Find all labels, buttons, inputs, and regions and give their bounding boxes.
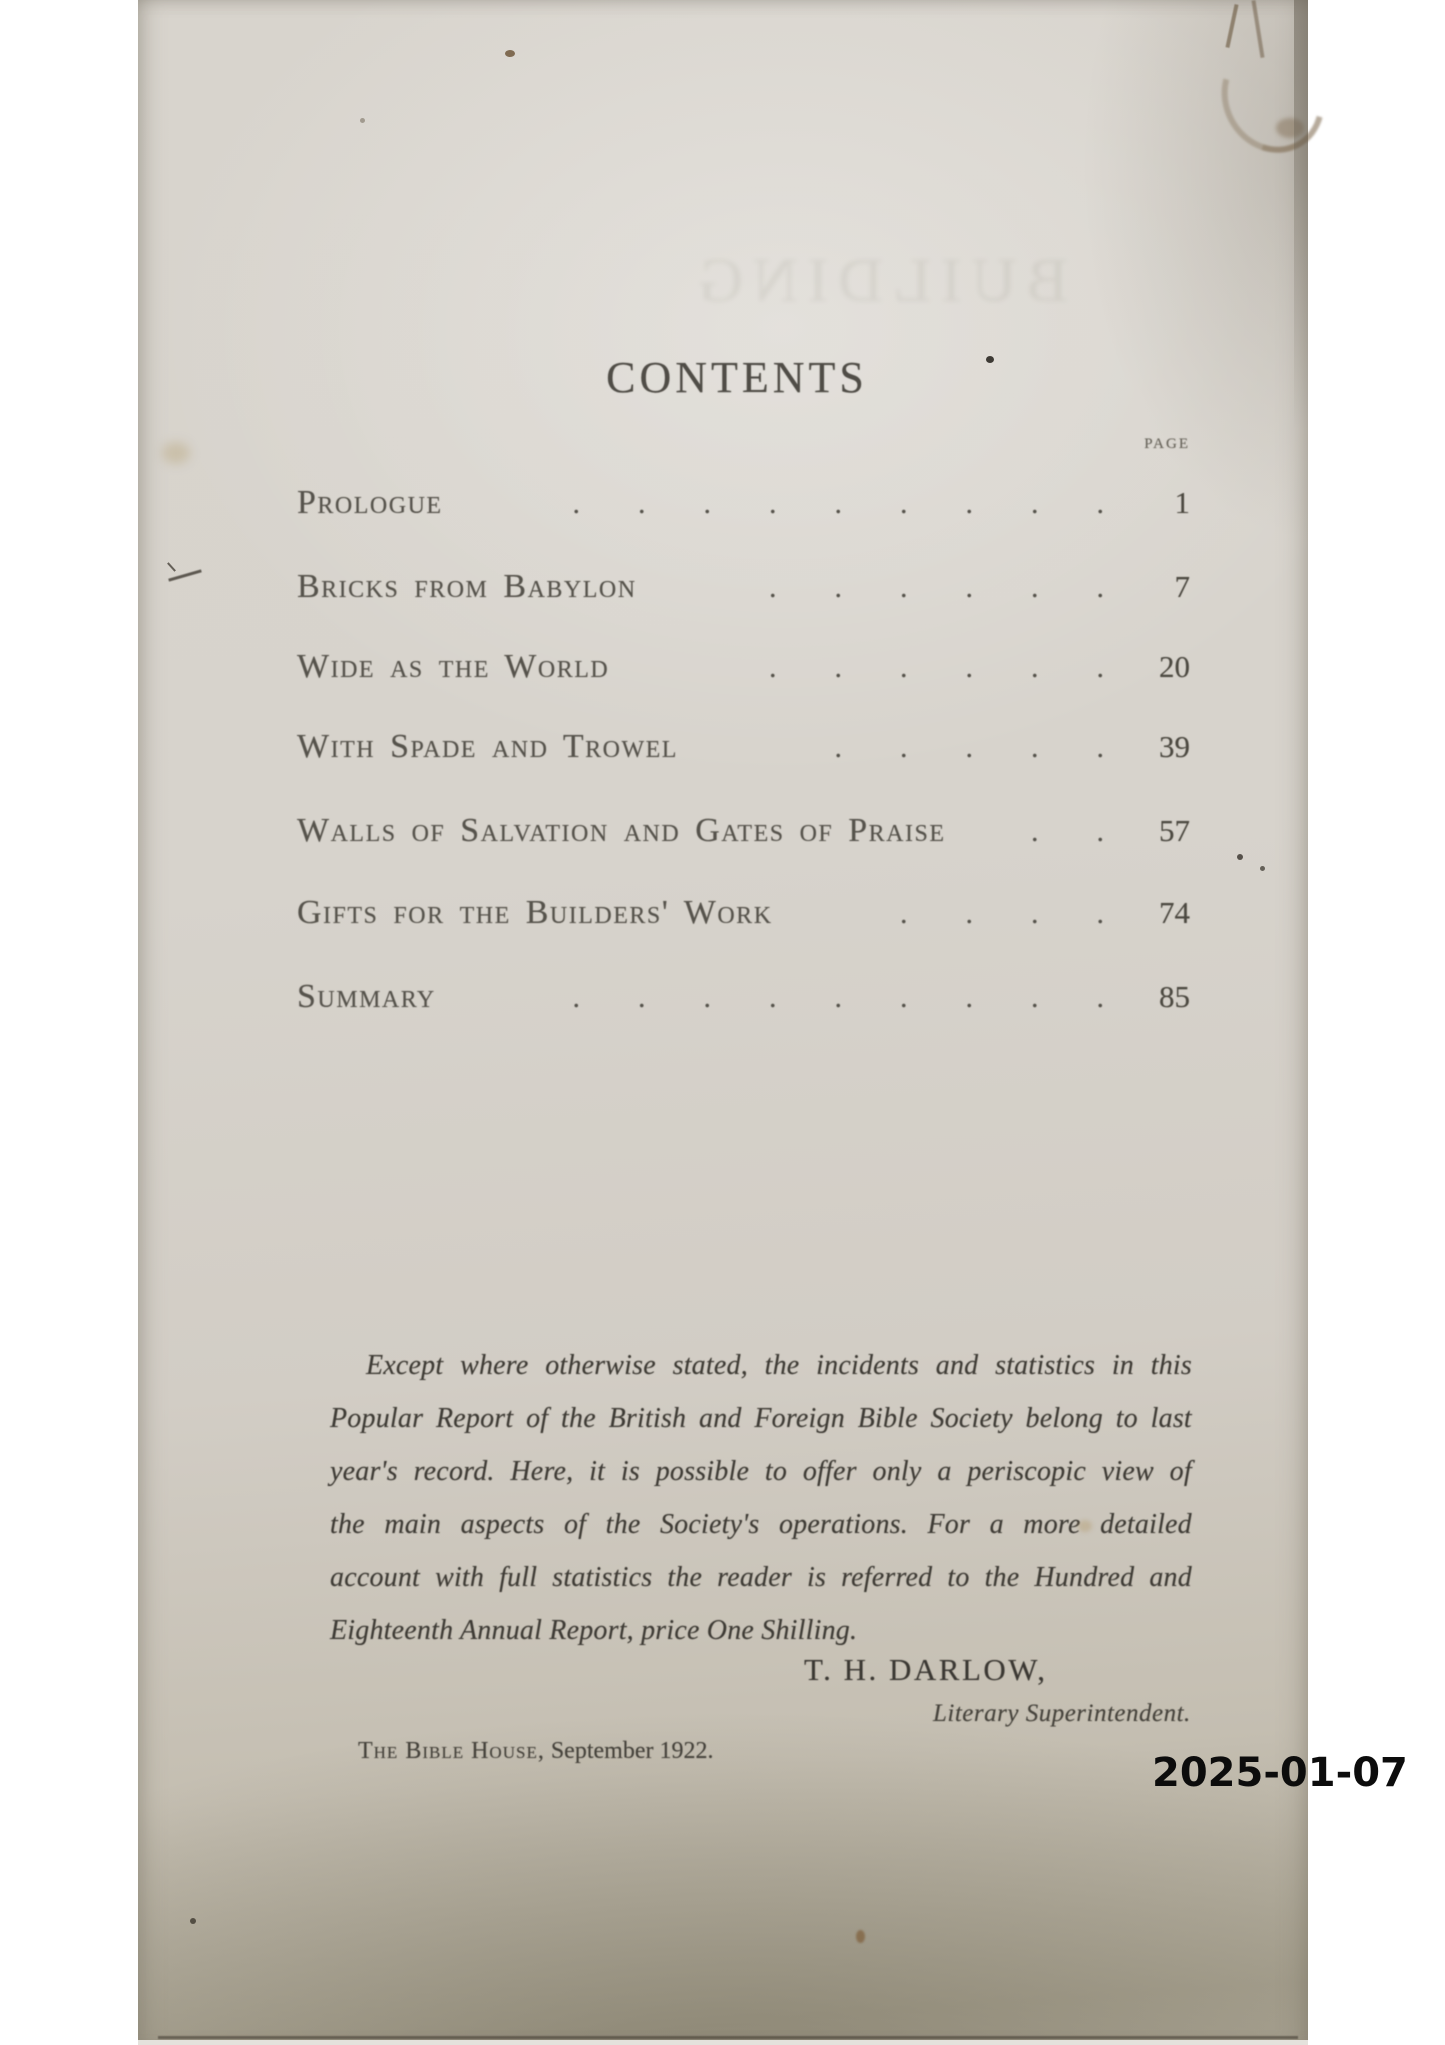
note-word: of	[564, 1509, 586, 1541]
note-word: the	[561, 1403, 596, 1435]
note-word: it	[589, 1456, 605, 1488]
toc-entry-title: Gifts for the Builders' Work	[297, 894, 773, 932]
leader-dot: .	[1031, 733, 1039, 763]
note-word: of	[526, 1403, 548, 1435]
leader-dots: .........	[436, 983, 1126, 1013]
scratch-mark	[1225, 4, 1238, 48]
leader-dot: .	[1097, 489, 1105, 519]
leader-dot: .	[1031, 899, 1039, 929]
note-word: For	[927, 1509, 970, 1541]
book-page-photo: BUILDING CONTENTS PAGE Prologue.........…	[138, 0, 1308, 2045]
note-word: Here,	[510, 1456, 573, 1488]
toc-row: Summary.........85	[297, 978, 1190, 1016]
leader-dot: .	[769, 489, 777, 519]
toc-entry-title: Bricks from Babylon	[297, 568, 637, 606]
leader-dot: .	[900, 899, 908, 929]
toc-entry-page-number: 20	[1126, 649, 1190, 685]
note-word: last	[1151, 1403, 1192, 1435]
leader-dot: .	[900, 733, 908, 763]
note-line: year'srecord.Here,itispossibletoofferonl…	[330, 1456, 1192, 1509]
note-word: periscopic	[967, 1456, 1086, 1488]
note-word: to	[765, 1456, 787, 1488]
toc-row: Bricks from Babylon......7	[297, 568, 1190, 606]
page-edge-shadow	[1294, 0, 1308, 430]
note-word: more	[1023, 1509, 1080, 1541]
paper-speck	[856, 1930, 865, 1943]
toc-entry-page-number: 57	[1126, 813, 1190, 849]
leader-dot: .	[704, 983, 712, 1013]
toc-entry-title: With Spade and Trowel	[297, 728, 678, 766]
imprint-line: The Bible House, September 1922.	[358, 1738, 713, 1765]
leader-dot: .	[966, 733, 974, 763]
leader-dot: .	[1031, 817, 1039, 847]
toc-entry-page-number: 1	[1126, 485, 1190, 521]
note-word: Society's	[660, 1509, 760, 1541]
leader-dots: ......	[637, 573, 1126, 603]
leader-dot: .	[966, 489, 974, 519]
note-word: Bible	[858, 1403, 918, 1435]
leader-dot: .	[900, 489, 908, 519]
leader-dot: .	[835, 733, 843, 763]
leader-dots: .........	[443, 489, 1126, 519]
paper-stain	[1078, 1520, 1092, 1532]
note-word: British	[609, 1403, 687, 1435]
ink-dot	[1237, 854, 1243, 860]
leader-dot: .	[1031, 653, 1039, 683]
leader-dot: .	[1031, 573, 1039, 603]
leader-dot: .	[573, 489, 581, 519]
note-word: full	[499, 1562, 537, 1594]
toc-entry-title: Prologue	[297, 484, 443, 522]
paper-speck	[360, 118, 365, 123]
leader-dot: .	[835, 653, 843, 683]
note-word: a	[990, 1509, 1004, 1541]
leader-dot: .	[900, 573, 908, 603]
note-word: Foreign	[754, 1403, 845, 1435]
note-line: themainaspectsoftheSociety'soperations.F…	[330, 1509, 1192, 1562]
note-word: the	[765, 1350, 800, 1382]
page-bottom-edge-line	[158, 2036, 1298, 2039]
note-word: and	[1149, 1562, 1192, 1594]
ink-dot	[986, 356, 994, 363]
leader-dot: .	[835, 573, 843, 603]
note-word: detailed	[1100, 1509, 1192, 1541]
note-word: the	[985, 1562, 1020, 1594]
toc-row: Prologue.........1	[297, 484, 1190, 522]
note-word: reader	[717, 1562, 792, 1594]
leader-dot: .	[1031, 489, 1039, 519]
toc-entry-page-number: 7	[1126, 569, 1190, 605]
leader-dot: .	[966, 899, 974, 929]
leader-dot: .	[769, 653, 777, 683]
pen-mark	[167, 562, 176, 572]
leader-dot: .	[638, 489, 646, 519]
paper-speck	[190, 1918, 196, 1924]
leader-dot: .	[1097, 983, 1105, 1013]
leader-dot: .	[704, 489, 712, 519]
leader-dot: .	[835, 983, 843, 1013]
note-word: in	[1112, 1350, 1134, 1382]
note-word: stated,	[673, 1350, 748, 1382]
note-word: Hundred	[1034, 1562, 1134, 1594]
toc-entry-title: Walls of Salvation and Gates of Praise	[297, 812, 946, 850]
note-word: to	[947, 1562, 969, 1594]
leader-dot: .	[769, 983, 777, 1013]
note-word: the	[606, 1509, 641, 1541]
tape-stain-mark	[1203, 25, 1344, 171]
signature-name: T. H. DARLOW,	[804, 1652, 1047, 1688]
note-word: operations.	[779, 1509, 908, 1541]
note-word: Report	[436, 1403, 513, 1435]
note-word: is	[621, 1456, 640, 1488]
note-word: a	[937, 1456, 951, 1488]
note-word: view	[1102, 1456, 1154, 1488]
note-word: only	[873, 1456, 922, 1488]
toc-row: With Spade and Trowel.....39	[297, 728, 1190, 766]
page-column-label: PAGE	[1090, 436, 1190, 453]
note-word: this	[1151, 1350, 1192, 1382]
leader-dots: ....	[773, 899, 1126, 929]
page-bottom-edge-strip	[138, 2040, 1308, 2045]
imprint-date: September 1922.	[545, 1738, 714, 1764]
note-word: belong	[1026, 1403, 1103, 1435]
toc-row: Wide as the World......20	[297, 648, 1190, 686]
note-word: the	[330, 1509, 365, 1541]
toc-row: Walls of Salvation and Gates of Praise..…	[297, 812, 1190, 850]
note-word: Society	[931, 1403, 1013, 1435]
note-word: and	[936, 1350, 979, 1382]
note-word: year's	[330, 1456, 398, 1488]
date-stamp: 2025-01-07	[1152, 1750, 1408, 1796]
note-word: and	[699, 1403, 742, 1435]
show-through-ghost-text: BUILDING	[568, 246, 1188, 317]
toc-entry-page-number: 85	[1126, 979, 1190, 1015]
paper-speck	[505, 50, 515, 57]
note-word: account	[330, 1562, 420, 1594]
paper-stain	[162, 442, 190, 464]
ink-dot	[1260, 866, 1265, 871]
leader-dots: .....	[678, 733, 1126, 763]
toc-entry-title: Summary	[297, 978, 436, 1016]
toc-row: Gifts for the Builders' Work....74	[297, 894, 1190, 932]
leader-dot: .	[900, 653, 908, 683]
note-word: incidents	[816, 1350, 919, 1382]
page-title: CONTENTS	[606, 353, 868, 402]
note-word: offer	[803, 1456, 857, 1488]
note-line: accountwithfullstatisticsthereaderisrefe…	[330, 1562, 1192, 1615]
note-word: otherwise	[545, 1350, 656, 1382]
toc-entry-title: Wide as the World	[297, 648, 609, 686]
leader-dot: .	[966, 653, 974, 683]
leader-dot: .	[769, 573, 777, 603]
note-word: Except	[366, 1350, 443, 1382]
note-word: with	[435, 1562, 484, 1594]
leader-dot: .	[1031, 983, 1039, 1013]
note-word: statistics	[995, 1350, 1095, 1382]
toc-entry-page-number: 39	[1126, 729, 1190, 765]
leader-dot: .	[966, 573, 974, 603]
contents-heading-wrap: CONTENTS	[138, 352, 1308, 403]
note-line: Eighteenth Annual Report, price One Shil…	[330, 1615, 1192, 1668]
note-word: referred	[841, 1562, 932, 1594]
note-word: the	[667, 1562, 702, 1594]
leader-dot: .	[900, 983, 908, 1013]
leader-dot: .	[1097, 817, 1105, 847]
note-word: aspects	[461, 1509, 545, 1541]
leader-dot: .	[835, 489, 843, 519]
prefatory-note: Exceptwhereotherwisestated,theincidentsa…	[330, 1350, 1192, 1668]
leader-dot: .	[1097, 733, 1105, 763]
note-word: record.	[414, 1456, 495, 1488]
leader-dot: .	[1097, 899, 1105, 929]
leader-dots: ......	[609, 653, 1126, 683]
note-word: main	[384, 1509, 441, 1541]
leader-dot: .	[1097, 573, 1105, 603]
note-word: possible	[656, 1456, 749, 1488]
note-word: Popular	[330, 1403, 423, 1435]
note-word: of	[1170, 1456, 1192, 1488]
note-word: is	[807, 1562, 826, 1594]
signature-role: Literary Superintendent.	[933, 1700, 1191, 1728]
note-line: Exceptwhereotherwisestated,theincidentsa…	[330, 1350, 1192, 1403]
leader-dot: .	[966, 983, 974, 1013]
leader-dot: .	[1097, 653, 1105, 683]
leader-dots: ..	[946, 817, 1126, 847]
imprint-place: The Bible House,	[358, 1738, 545, 1764]
leader-dot: .	[638, 983, 646, 1013]
toc-entry-page-number: 74	[1126, 895, 1190, 931]
note-line: PopularReportoftheBritishandForeignBible…	[330, 1403, 1192, 1456]
leader-dot: .	[573, 983, 581, 1013]
note-word: to	[1116, 1403, 1138, 1435]
note-word: where	[460, 1350, 528, 1382]
note-word: statistics	[552, 1562, 652, 1594]
